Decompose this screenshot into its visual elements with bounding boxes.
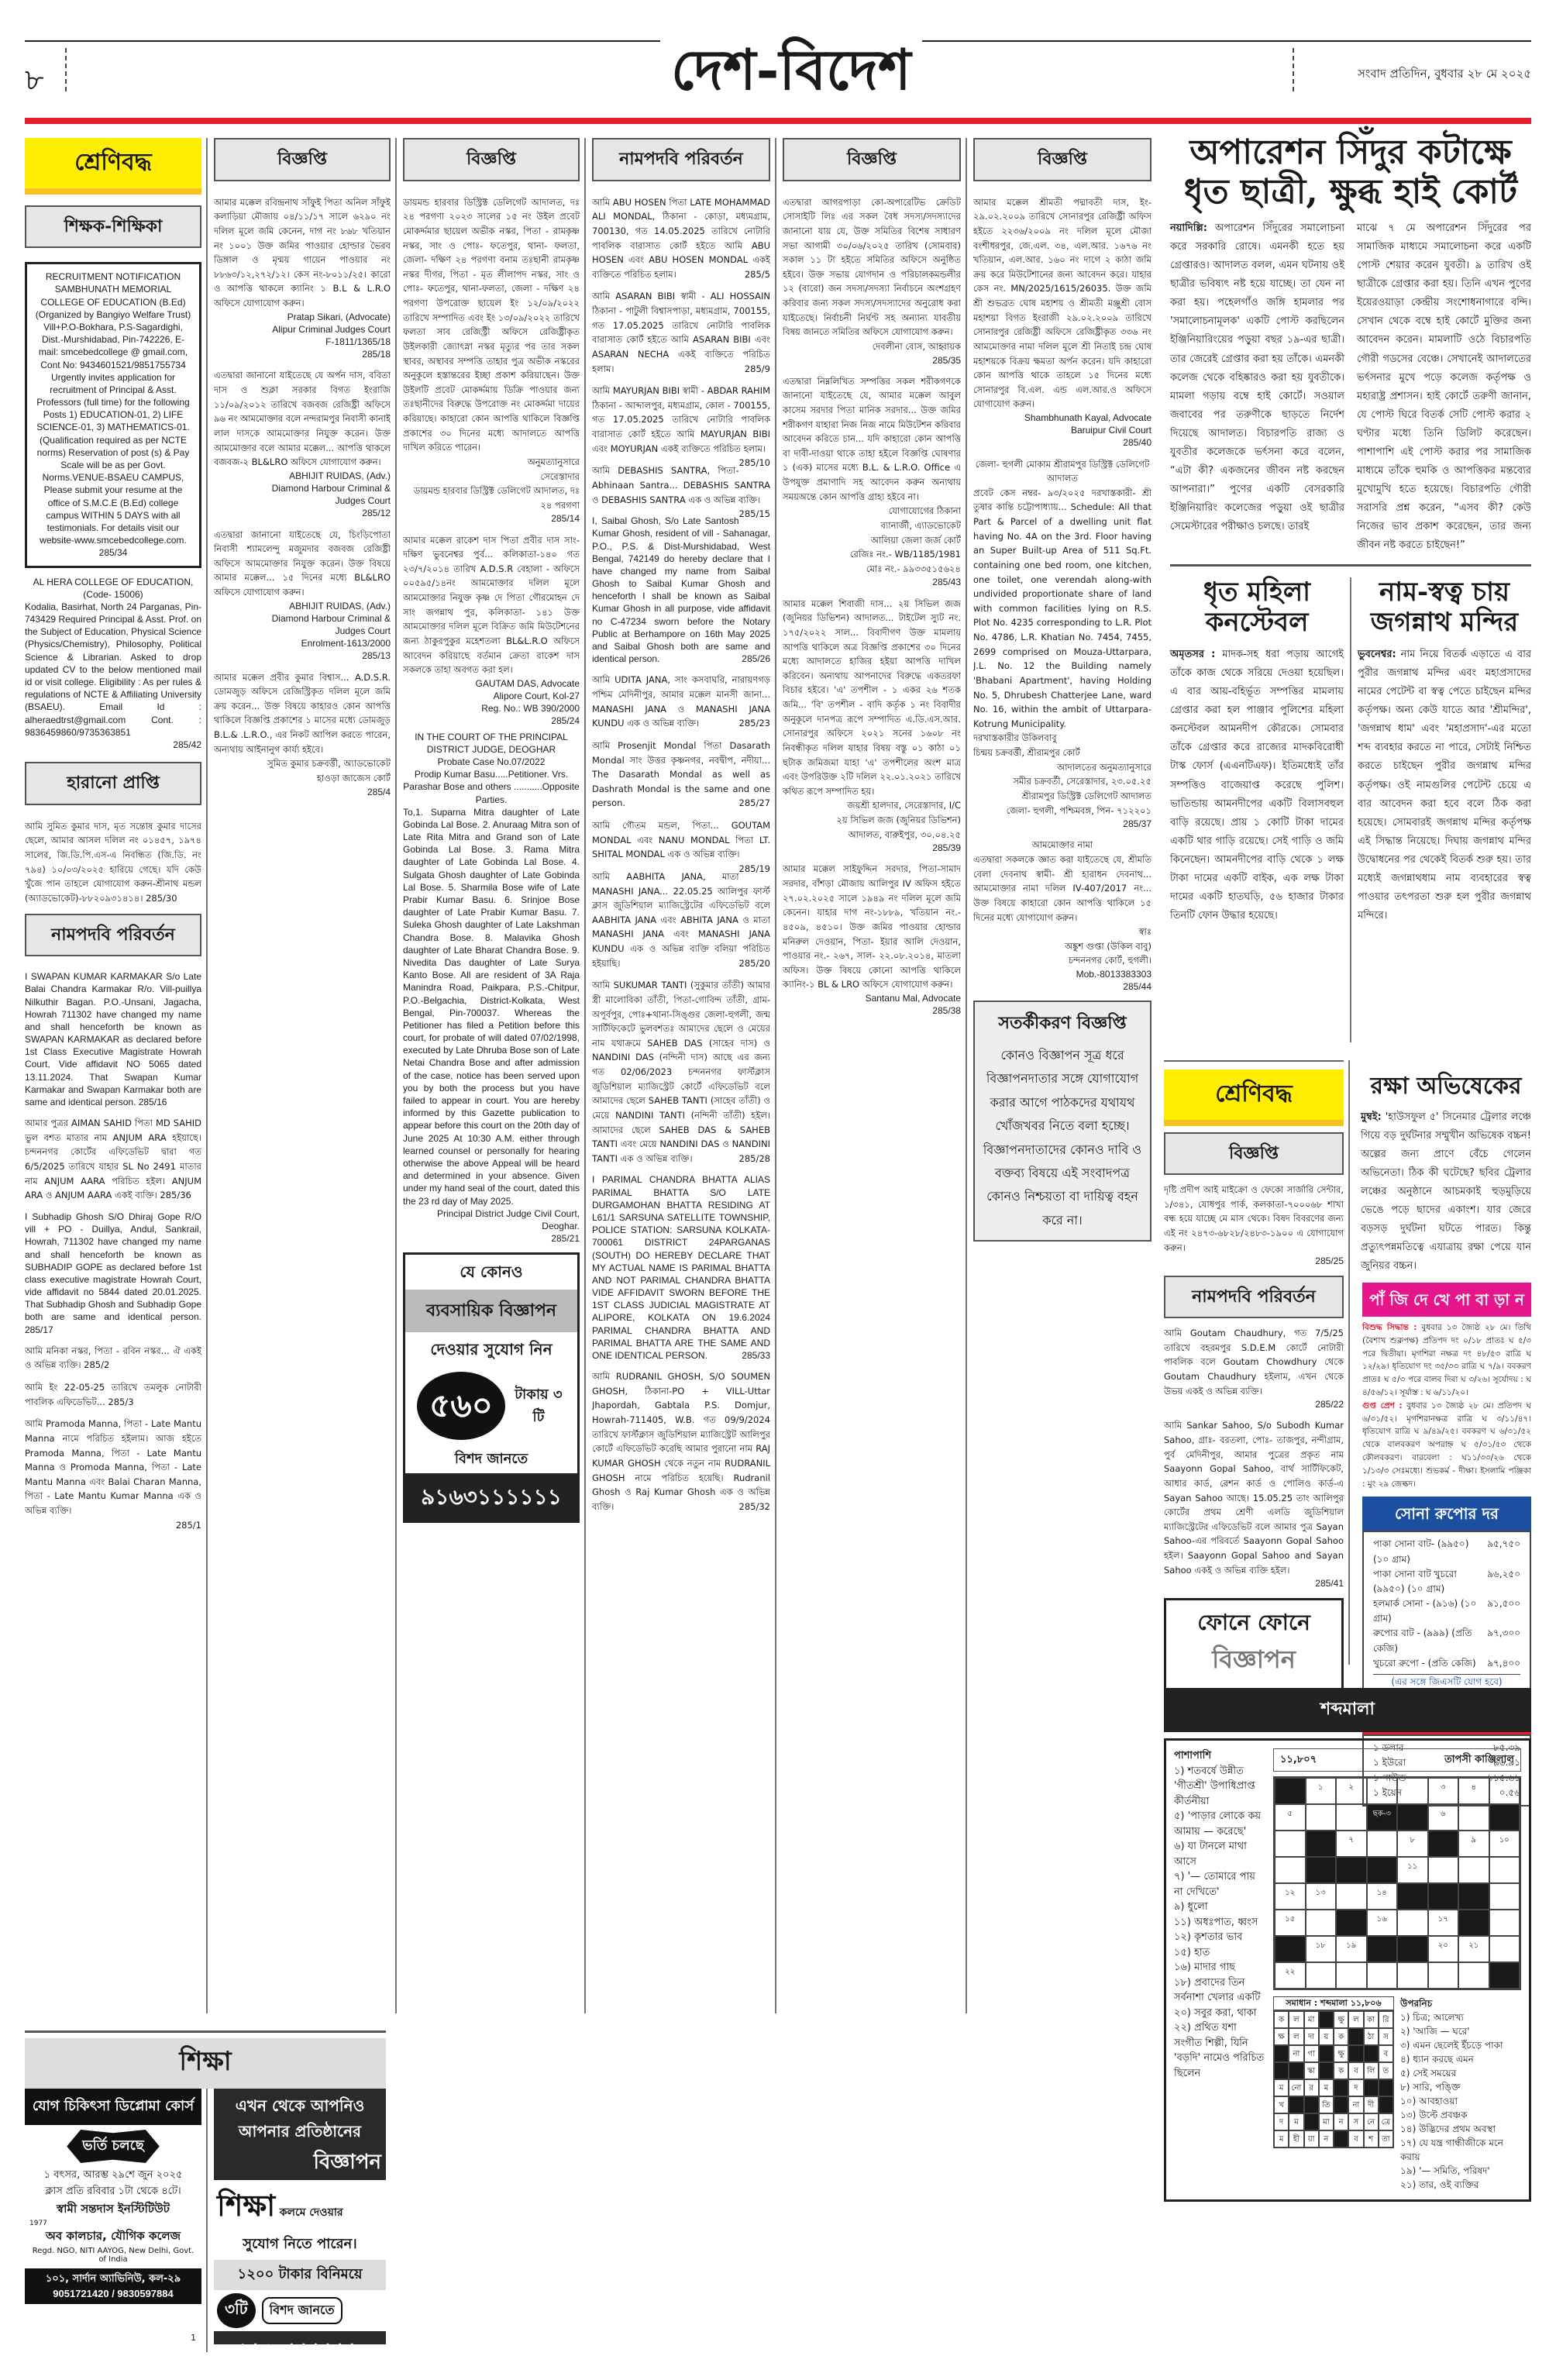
notice: আমি Prosenjit Mondal পিতা Dasarath Monda… <box>592 739 770 811</box>
signature: জেলা- হুগলী, পশ্চিমবঙ্গ, পিন- ৭১২২০১ <box>973 804 1152 818</box>
rate-value: ৯৬,২৫০ <box>1487 1567 1520 1596</box>
signature: Judges Court <box>214 625 391 637</box>
crossword-cell[interactable]: ৫ <box>1275 1804 1306 1831</box>
clue: ১৯) '— সমিতি, পরিষদ' <box>1400 2164 1521 2178</box>
notice-ref: 285/40 <box>973 436 1152 449</box>
ad-text: দেওয়ার সুযোগ নিন <box>405 1332 577 1366</box>
solution-cell: ম <box>1289 2113 1303 2130</box>
ad-text: বিজ্ঞাপন <box>214 2146 386 2180</box>
clue: ৬) যা টানলে মাথা আসে <box>1174 1839 1267 1869</box>
crossword-cell[interactable]: ৩ <box>1428 1778 1459 1804</box>
notice: ডায়মন্ড হারবার ডিস্ট্রিক্ট ডেলিগেট আদাল… <box>403 195 580 455</box>
signature: Mob.-8013383303 <box>973 968 1152 980</box>
case-parties: Prodip Kumar Basu.....Petitioner. Vrs. P… <box>403 768 580 806</box>
solution-cell: তা <box>1379 2130 1393 2148</box>
rate-label: রুপোর বাট - (৯৯৯) (প্রতি কেজি) <box>1373 1626 1487 1655</box>
gold-rate-table: পাকা সোনা বাট- (৯৯৫০) (১০ গ্রাম)৯৫,৭৫০ প… <box>1362 1531 1531 1696</box>
crossword-cell[interactable] <box>1367 1831 1398 1857</box>
crossword-cell[interactable]: ৮ <box>1397 1831 1428 1857</box>
label: বিশুদ্ধ সিদ্ধান্ত : <box>1362 1323 1417 1332</box>
clue: ১১) অধঃপাত, ধ্বংস <box>1174 1915 1267 1931</box>
clue: ১৬) মাদার গাছ <box>1174 1960 1267 1975</box>
signature: ABHIJIT RUIDAS, (Adv.) <box>214 600 391 612</box>
crossword-cell[interactable]: ১০ <box>1489 1831 1520 1857</box>
solution-cell: হী <box>1289 2130 1303 2148</box>
notice: এতদ্বারা আগরপাড়া কো-অপারেটিভ ক্রেডিট সো… <box>783 195 961 339</box>
dateline: অমৃতসর : <box>1170 649 1215 660</box>
story-jagannath: নাম-স্বত্ব চায় জগন্নাথ মন্দির ভুবনেশ্বর… <box>1358 577 1531 925</box>
ad-text: Kodalia, Basirhat, North 24 Parganas, Pi… <box>25 601 201 739</box>
signature: Reg. No.: WB 390/2000 <box>403 702 580 715</box>
solution-cell: স <box>1379 2028 1393 2045</box>
notice: এতদ্বারা সকলকে জ্ঞাত করা যাইতেছে যে, শ্র… <box>973 852 1152 925</box>
crossword-number: ১১,৮০৭ <box>1280 1752 1317 1768</box>
section-header-name-change: নামপদবি পরিবর্তন <box>1164 1276 1344 1319</box>
signature: ২য় সিভিল জজ (জুনিয়র ডিভিশন) <box>783 813 961 828</box>
clue: ১৮) প্রবাদের তিন সর্বনাশা খেলার একটি <box>1174 1975 1267 2006</box>
case-number: Probate Case No.07/2022 <box>403 756 580 768</box>
notice: আমি MAYURJAN BIBI স্বামী - ABDAR RAHIM ঠ… <box>592 384 770 456</box>
panjika-title: পাঁ জি দে খে পা বা ড়া ন <box>1362 1283 1531 1317</box>
clue: ২০) সবুর করা, থাকা <box>1174 2006 1267 2021</box>
signature: Alipore Court, Kol-27 <box>403 690 580 702</box>
notice: আমি ইং 22-05-25 তারিখে তমলুক নোটারী পাবল… <box>25 1380 201 1409</box>
signature: ABHIJIT RUIDAS, (Adv.) <box>214 470 391 482</box>
solution-cell: ক <box>1274 2011 1289 2028</box>
crossword-cell[interactable]: ১১ <box>1397 1857 1428 1883</box>
signature: হাওড়া জাজেস কোর্ট <box>214 771 391 786</box>
notice-ref: 285/18 <box>214 348 391 360</box>
notice-ref: 285/24 <box>403 715 580 727</box>
solution-cell <box>1364 2045 1379 2062</box>
signature: আলিয়া জেলা জর্জ কোর্ট <box>783 533 961 548</box>
crossword-cell[interactable] <box>1367 1778 1398 1804</box>
clue: ৪) ধ্যান করছে এমন <box>1400 2052 1521 2066</box>
notice: আমার মক্কেল রাকেশ দাস পিতা প্রবীর দাস সা… <box>403 533 580 677</box>
ad-text: ১ বৎসর, আরম্ভ ২৯শে জুন ২০২৫ <box>29 2168 197 2184</box>
crossword-cell <box>1336 1857 1367 1883</box>
crossword-cell[interactable]: ২২ <box>1275 1962 1306 1989</box>
notice: এতদ্বারা জানানো যাইতেছে যে, চিংড়িপোতা ন… <box>214 528 391 600</box>
solution-title: সমাধান : শব্দমালা ১১,৮০৬ <box>1273 1996 1394 2011</box>
crossword-grid[interactable]: ১২৩৪৫ছক-৩৬৭৮৯১০১১১২১৩১৪১৫১৬১৭১৮১৯২০২১২২ <box>1273 1776 1521 1990</box>
crossword-cell[interactable] <box>1397 1962 1428 1989</box>
lost-notice: আমি সুমিত কুমার দাস, মৃত সন্তোষ কুমার দা… <box>25 819 201 906</box>
solution-cell: রি <box>1379 2011 1393 2028</box>
column-divider <box>206 138 208 2013</box>
ad-text: কলমে দেওয়ার <box>280 2206 343 2219</box>
education-header: শিক্ষা <box>25 2038 386 2089</box>
solution-cell: ক <box>1334 2028 1348 2045</box>
crossword-cell[interactable] <box>1397 1778 1428 1804</box>
ad-text: বিশদ জানতে <box>262 2297 343 2324</box>
signature: আদালতের অনুমত্যানুসারে <box>973 760 1152 775</box>
section-header-notice: বিজ্ঞপ্তি <box>783 138 961 181</box>
crossword-cell <box>1458 1910 1489 1936</box>
crossword-cell <box>1397 1883 1428 1910</box>
crossword-cell[interactable] <box>1489 1778 1520 1804</box>
section-header-notice: বিজ্ঞপ্তি <box>214 138 391 181</box>
rate-label: পাকা সোনা বাট- (৯৯৫০) (১০ গ্রাম) <box>1373 1537 1487 1566</box>
crossword-cell <box>1367 1936 1398 1962</box>
crossword-cell[interactable] <box>1275 1831 1306 1857</box>
solution-cell: ন <box>1334 2113 1348 2130</box>
notice-ref: 285/12 <box>214 507 391 519</box>
solution-cell: ব <box>1348 2130 1363 2148</box>
notice: আমার মক্কেল প্রবীর কুমার বিশ্বাস... A.D.… <box>214 670 391 757</box>
solution-cell: ক্ষু <box>1334 2045 1348 2062</box>
solution-cell: কা <box>1364 2011 1379 2028</box>
crossword-cell[interactable] <box>1336 1883 1367 1910</box>
solution-cell <box>1289 2096 1303 2113</box>
lead-headline: অপারেশন সিঁদুর কটাক্ষে ধৃত ছাত্রী, ক্ষুব… <box>1170 133 1531 212</box>
notice-ref: 285/21 <box>403 1232 580 1245</box>
column-notices-3: বিজ্ঞপ্তি ডায়মন্ড হারবার ডিস্ট্রিক্ট ডে… <box>403 138 580 1523</box>
signature: Judges Court <box>214 494 391 507</box>
solution-cell: য় <box>1319 2028 1334 2045</box>
institute-name: অব কালচার, যৌগিক কলেজ <box>29 2227 197 2247</box>
dateline: নয়াদিল্লি: <box>1170 222 1207 234</box>
crossword-cell[interactable]: ২১ <box>1458 1936 1489 1962</box>
notice: To,1. Suparna Mitra daughter of Late Gob… <box>403 806 580 1207</box>
section-header-name-change: নামপদবি পরিবর্তন <box>592 138 770 181</box>
section-divider <box>1170 564 1531 567</box>
solution-cell: র <box>1304 2079 1319 2096</box>
signature: Diamond Harbour Criminal & <box>214 612 391 625</box>
notice-ref: 285/44 <box>973 980 1152 993</box>
story-text: মাদক-সহ ধরা পড়ায় আগেই তাঁকে কাজ থেকে স… <box>1170 649 1344 921</box>
phone-number: ৯১৬৩১১১১১১ <box>214 2331 386 2371</box>
clue: ৫) 'পাড়ার লোকে কয় আমায় — করেছে' <box>1174 1809 1267 1839</box>
solution-cell: মা <box>1319 2113 1334 2130</box>
solution-cell: ল <box>1289 2011 1303 2028</box>
column-classifieds-1: শ্রেণিবদ্ধ শিক্ষক-শিক্ষিকা RECRUITMENT N… <box>25 138 201 1532</box>
signature: GAUTAM DAS, Advocate <box>403 677 580 690</box>
section-header-lost-found: হারানো প্রাপ্তি <box>25 762 201 805</box>
masthead: ৮ দেশ-বিদেশ সংবাদ প্রতিদিন, বুধবার ২৮ মে… <box>25 31 1531 108</box>
ad-ref: 285/42 <box>25 739 201 751</box>
notice: আমি গৌতম মন্ডল, পিতা... GOUTAM MONDAL এব… <box>592 818 770 862</box>
solution-cell: দ <box>1348 2079 1363 2096</box>
notice: আমি মনিকা নস্কর, পিতা - রবিন নস্কর... ঐ … <box>25 1344 201 1373</box>
signature: দেবলীনা বোস, আহ্বায়ক <box>783 339 961 354</box>
ad-price: ১২০০ টাকার বিনিময়ে <box>214 2260 386 2290</box>
crossword-cell[interactable]: ১৫ <box>1275 1910 1306 1936</box>
page-number: ৮ <box>25 57 44 107</box>
signature: আদালত, বারুইপুর, ৩০.০৪.২৫ <box>783 828 961 842</box>
crossword-cell <box>1275 1936 1306 1962</box>
crossword-cell <box>1306 1857 1337 1883</box>
crossword-cell[interactable] <box>1397 1910 1428 1936</box>
clue: ১৪) উদ্ভিদের প্রথম অবস্থা <box>1400 2122 1521 2136</box>
solution-cell: না <box>1348 2096 1363 2113</box>
crossword-cell[interactable]: ১৮ <box>1306 1936 1337 1962</box>
notice-ref: 285/41 <box>1164 1577 1344 1590</box>
crossword-cell[interactable] <box>1428 1857 1459 1883</box>
notice: আমি ABU HOSEN পিতা LATE MOHAMMAD ALI MON… <box>592 195 770 282</box>
clue-heading: উপরনিচ <box>1400 1998 1432 2009</box>
rate-value: ৯১,৫০০ <box>1487 1596 1520 1626</box>
crossword-author: তাপসী কাঞ্জিলাল <box>1444 1752 1514 1768</box>
notice: I, Saibal Ghosh, S/o Late Santosh Kumar … <box>592 515 770 665</box>
ad-text: ফোনে ফোনে <box>1166 1605 1341 1640</box>
ad-title: যোগ চিকিৎসা ডিপ্লোমা কোর্স <box>25 2089 201 2125</box>
ad-text: এখন থেকে আপনিও <box>214 2089 386 2120</box>
crossword-cell[interactable]: ৯ <box>1458 1831 1489 1857</box>
clue: ২২) প্রথিত যশা সংগীত শিল্পী, যিনি 'বড়দি… <box>1174 2020 1267 2081</box>
solution-cell <box>1364 2079 1379 2096</box>
column-divider <box>775 138 776 2013</box>
right-classifieds: শ্রেণিবদ্ধ বিজ্ঞপ্তি দৃষ্টি প্রদীপ আই মা… <box>1164 1060 1344 1722</box>
signature: Shambhunath Kayal, Advocate <box>973 412 1152 424</box>
crossword-cell[interactable] <box>1275 1857 1306 1883</box>
solution-cell <box>1304 2113 1319 2130</box>
year: 1977 <box>29 2220 197 2227</box>
rate-value: ৯৫,৭৫০ <box>1487 1537 1520 1566</box>
crossword-cell[interactable] <box>1458 1804 1489 1831</box>
signature: ডায়মন্ড হারবার ডিস্ট্রিক্ট ডেলিগেট আদাল… <box>403 484 580 512</box>
price-unit: টাকায় ৩ টি <box>511 1383 566 1428</box>
solution-cell: ক্ষ <box>1274 2028 1289 2045</box>
classifieds-banner: শ্রেণিবদ্ধ <box>25 138 201 195</box>
crossword-cell <box>1275 1778 1306 1804</box>
crossword-cell[interactable]: ১২ <box>1275 1883 1306 1910</box>
crossword-cell[interactable]: ৪ <box>1458 1778 1489 1804</box>
solution-cell <box>1274 2045 1289 2062</box>
notice: দৃষ্টি প্রদীপ আই মাইক্রো ও ফেকো সার্জারি… <box>1164 1183 1344 1255</box>
solution-cell: ল <box>1348 2011 1363 2028</box>
ad-text: বিজ্ঞাপন <box>1166 1640 1341 1680</box>
notice-ref: 285/35 <box>783 354 961 367</box>
crossword-cell[interactable] <box>1306 1910 1337 1936</box>
solution-cell: নো <box>1289 2079 1303 2096</box>
crossword-cell[interactable] <box>1458 1857 1489 1883</box>
solution-cell <box>1348 2045 1363 2062</box>
warning-title: সতর্কীকরণ বিজ্ঞপ্তি <box>983 1010 1142 1038</box>
notice: আমি AABHITA JANA, মাতা MANASHI JANA... 2… <box>592 870 770 970</box>
crossword-cell[interactable]: ২০ <box>1428 1936 1459 1962</box>
crossword-cell[interactable]: ১৪ <box>1367 1883 1398 1910</box>
section-divider <box>25 2030 386 2033</box>
ad-text: যে কোনও <box>405 1255 577 1289</box>
gold-rate-title: সোনা রুপোর দর <box>1362 1497 1531 1531</box>
column-notices-5: বিজ্ঞপ্তি এতদ্বারা আগরপাড়া কো-অপারেটিভ … <box>783 138 961 2013</box>
column-divider <box>1348 1060 1350 1665</box>
clue: ১০) আবহাওয়া <box>1400 2094 1521 2108</box>
solution-cell: খ <box>1274 2096 1289 2113</box>
signature: Baruipur Civil Court <box>973 424 1152 436</box>
solution-cell: না <box>1289 2045 1303 2062</box>
signature: Principal District Judge Civil Court, De… <box>403 1207 580 1232</box>
solution-cell: দ <box>1274 2113 1289 2130</box>
notice: আমার মক্কেল শ্রীমতী পদ্মাবতী দাস, ইং- ২৯… <box>973 195 1152 412</box>
crossword-cell[interactable] <box>1489 1936 1520 1962</box>
story-headline: ধৃত মহিলা কনস্টেবল <box>1170 577 1344 638</box>
signature: অঙ্কুশ গুপ্তা (উকিল বাবু) <box>973 939 1152 954</box>
notice: এতদ্বারা নিম্নলিখিত সম্পত্তির সকল শরীকগণ… <box>783 374 961 505</box>
crossword-cell[interactable] <box>1306 1804 1337 1831</box>
solution-cell <box>1379 2096 1393 2113</box>
panjika-text: বুধবার ১৩ জ্যৈষ্ঠ ২৮ মে। তিথি (বৈশাখ শুক… <box>1362 1323 1531 1397</box>
crossword-cell[interactable] <box>1306 1962 1337 1989</box>
solution-cell <box>1289 2062 1303 2079</box>
crossword-cell[interactable] <box>1336 1962 1367 1989</box>
price-burst: ৫৬০ <box>417 1372 505 1440</box>
solution-cell: ত্রে <box>1379 2113 1393 2130</box>
column-name-change: নামপদবি পরিবর্তন আমি ABU HOSEN পিতা LATE… <box>592 138 770 2013</box>
crossword-cell[interactable]: ১৬ <box>1367 1910 1398 1936</box>
rate-label: হলমার্ক সোনা - (৯১৬) (১০ গ্রাম) <box>1373 1596 1487 1626</box>
section-header-notice: বিজ্ঞপ্তি <box>973 138 1152 181</box>
solution-cell <box>1304 2096 1319 2113</box>
clue: ৩) এমন ছেলেই ইঁচড়ে পাকা <box>1400 2038 1521 2052</box>
signature: অনুমত্যানুসারে <box>403 455 580 470</box>
crossword-cell[interactable] <box>1367 1962 1398 1989</box>
story-text: নাম নিয়ে বিতর্ক এড়াতে এ বার পুরীর জগন্… <box>1358 649 1531 921</box>
clue: ২১) তার, ওই ব্যক্তির <box>1400 2178 1521 2192</box>
notice: I SWAPAN KUMAR KARMAKAR S/o Late Balai C… <box>25 970 201 1108</box>
crossword-cell <box>1397 1936 1428 1962</box>
crossword-cell[interactable]: ১ <box>1306 1778 1337 1804</box>
signature: দরখাস্তকারীর উকিলবাবু <box>973 731 1152 746</box>
column-notices-6: বিজ্ঞপ্তি আমার মক্কেল শ্রীমতী পদ্মাবতী দ… <box>973 138 1152 2013</box>
solution-cell: ব <box>1379 2045 1393 2062</box>
solution-cell: দা <box>1304 2028 1319 2045</box>
solution-cell <box>1334 2096 1348 2113</box>
crossword-cell[interactable] <box>1336 1804 1367 1831</box>
crossword-cell[interactable] <box>1489 1857 1520 1883</box>
registration: Regd. NGO, NITI AAYOG, New Delhi, Govt. … <box>29 2247 197 2264</box>
notice-ref: 285/39 <box>783 842 961 854</box>
crossword-cell <box>1458 1883 1489 1910</box>
notice-ref: 285/14 <box>403 512 580 525</box>
story-text: 'হাউসফুল ৫' সিনেমার ট্রেলার লঞ্চে গিয়ে … <box>1361 1111 1531 1272</box>
signature: সেরেস্তাদার <box>403 470 580 484</box>
solution-cell <box>1274 2062 1289 2079</box>
crossword-cell[interactable]: ১৯ <box>1336 1936 1367 1962</box>
solution-cell <box>1334 2079 1348 2096</box>
notice-ref: 285/4 <box>214 786 391 798</box>
notice: এতদ্বারা জানানো যাইতেছে যে অর্পন দাস, বব… <box>214 368 391 469</box>
notice: আমি SUKUMAR TANTI (সুকুমার তাঁতী) আমার স… <box>592 978 770 1166</box>
solution-cell: ল <box>1289 2028 1303 2045</box>
solution-cell: ম <box>1274 2079 1289 2096</box>
crossword-title: শব্দমালা <box>1164 1688 1531 1732</box>
solution-cell: ত <box>1379 2062 1393 2079</box>
red-rule <box>25 118 1531 124</box>
solution-cell: ক <box>1334 2062 1348 2079</box>
notice-title: আমমোক্তার নামা <box>973 838 1152 852</box>
notice-ref: 285/13 <box>214 649 391 662</box>
business-ad: যে কোনও ব্যবসায়িক বিজ্ঞাপন দেওয়ার সুযো… <box>403 1252 580 1523</box>
solution-grid: কলমাক্ষুলকারিক্ষলদায়কঠাসনাগাক্ষুবস্কাকব… <box>1273 2010 1394 2148</box>
notice: আমি RUDRANIL GHOSH, S/O SOUMEN GHOSH, ঠি… <box>592 1369 770 1514</box>
rate-label: খুচরো রুপো - (প্রতি কেজি) <box>1373 1656 1476 1671</box>
crossword-cell[interactable] <box>1489 1910 1520 1936</box>
signature: Santanu Mal, Advocate <box>783 992 961 1004</box>
clue: ৭) '— তোমারে পায় না দেখিতে' <box>1174 1869 1267 1900</box>
solution-cell: গা <box>1304 2045 1319 2062</box>
institute-name: স্বামী সন্তদাস ইনস্টিটিউট <box>29 2200 197 2220</box>
solution-cell: ন <box>1319 2130 1334 2148</box>
notice-ref: 285/25 <box>1164 1255 1344 1267</box>
section-title: দেশ-বিদেশ <box>660 31 922 108</box>
signature: রেজিঃ নং.- WB/1185/1981 <box>783 547 961 562</box>
signature: ব্যানার্জী, এ্যাডভোকেট <box>783 518 961 533</box>
ad-text: সুযোগ নিতে পারেন। <box>217 2233 383 2257</box>
ad-text: বিশদ জানতে <box>405 1445 577 1473</box>
clue-heading: পাশাপাশি <box>1174 1750 1211 1762</box>
crossword-cell[interactable]: ১৩ <box>1306 1883 1337 1910</box>
crossword: শব্দমালা পাশাপাশি ১) শতবর্ষে উন্নীত 'গীত… <box>1164 1688 1531 2202</box>
notice: I Subhadip Ghosh S/O Dhiraj Gope R/O vil… <box>25 1211 201 1336</box>
notice-ref: 285/37 <box>973 818 1152 830</box>
clue: ১) চিত্র; আলেখ্য <box>1400 2010 1521 2024</box>
notice: প্রবেট কেস নম্বর- ৯৩/২০২৫ দরখাস্তকারী- শ… <box>973 486 1152 732</box>
column-notices-2: বিজ্ঞপ্তি আমার মক্কেল রবিন্দ্রনাথ সাঁফুই… <box>214 138 391 2013</box>
section-header-name-change: নামপদবি পরিবর্তন <box>25 914 201 957</box>
section-header-teachers: শিক্ষক-শিক্ষিকা <box>25 205 201 249</box>
solution-cell: ম <box>1274 2130 1289 2148</box>
clue: ১) শতবর্ষে উন্নীত 'গীতশ্রী' উপাধিপ্রাপ্ত… <box>1174 1764 1267 1810</box>
signature: জয়শ্রী হালদার, সেরেস্তাদার, I/C <box>783 798 961 813</box>
solution-cell: ম <box>1319 2079 1334 2096</box>
dateline: মুম্বই: <box>1361 1111 1382 1123</box>
crossword-cell <box>1397 1804 1428 1831</box>
story-headline: রক্ষা অভিষেকের <box>1361 1073 1531 1100</box>
yoga-course-ad: যোগ চিকিৎসা ডিপ্লোমা কোর্স ভর্তি চলছে ১ … <box>25 2089 201 2304</box>
clue: ১৩) উল্টে প্রবঞ্চক <box>1400 2108 1521 2122</box>
court-title: জেলা- হুগলী মোকাম শ্রীরামপুর ডিস্ট্রিক্ট… <box>973 457 1152 486</box>
dateline: সংবাদ প্রতিদিন, বুধবার ২৮ মে ২০২৫ <box>1358 65 1531 84</box>
ad-text: আপনার প্রতিষ্ঠানের <box>214 2120 386 2146</box>
crossword-cell[interactable] <box>1489 1883 1520 1910</box>
column-divider <box>584 138 586 2013</box>
notice-ref: 285/43 <box>783 576 961 588</box>
crossword-cell <box>1489 1804 1520 1831</box>
ad-ref: 1 <box>191 2333 196 2343</box>
crossword-cell[interactable] <box>1428 1962 1459 1989</box>
solution-cell <box>1348 2028 1363 2045</box>
solution-cell: ক্ষু <box>1334 2011 1348 2028</box>
signature: সমীর চক্রবর্তী, সেরেস্তাদার, ২৩.০৫.২৫ <box>973 774 1152 789</box>
crossword-cell[interactable]: ৬ <box>1428 1804 1459 1831</box>
address: ১০১, সার্দান অ্যাভিনিউ, কল-২৯ <box>25 2268 201 2288</box>
solution-cell: মা <box>1304 2011 1319 2028</box>
solution-cell <box>1319 2062 1334 2079</box>
crossword-cell[interactable]: ২ <box>1336 1778 1367 1804</box>
signature: যোগাযোগের ঠিকানা <box>783 504 961 518</box>
signature: চন্দননগর কোর্ট, হুগলী। <box>973 953 1152 968</box>
notice-ref: 285/22 <box>1164 1398 1344 1410</box>
crossword-cell[interactable]: ১৭ <box>1428 1910 1459 1936</box>
notice: আমি UDITA JANA, সাং কসবাঘরি, নারায়ণগড় … <box>592 673 770 731</box>
notice: I PARIMAL CHANDRA BHATTA ALIAS PARIMAL B… <box>592 1173 770 1362</box>
rate-label: পাকা সোনা বাট খুচরো (৯৯৫০) (১০ গ্রাম) <box>1373 1567 1487 1596</box>
clue: ৮) সারি, পঙ্ক্তি <box>1400 2080 1521 2094</box>
crossword-cell[interactable] <box>1458 1962 1489 1989</box>
notice-ref: 285/38 <box>783 1004 961 1017</box>
crossword-cell[interactable]: ৭ <box>1336 1831 1367 1857</box>
crossword-cell <box>1367 1857 1398 1883</box>
signature: সুমিত কুমার চক্রবর্ত্তী, অ্যাডভোকেট <box>214 756 391 771</box>
classifieds-banner: শ্রেণিবদ্ধ <box>1164 1069 1344 1126</box>
notice: আমার মক্কেল রবিন্দ্রনাথ সাঁফুই পিতা অনিল… <box>214 195 391 311</box>
crossword-cell <box>1428 1831 1459 1857</box>
crossword-cell <box>1489 1962 1520 1989</box>
ad-big-text: শিক্ষা <box>217 2189 275 2223</box>
phone-number: 9051721420 / 9830597884 <box>25 2288 201 2304</box>
